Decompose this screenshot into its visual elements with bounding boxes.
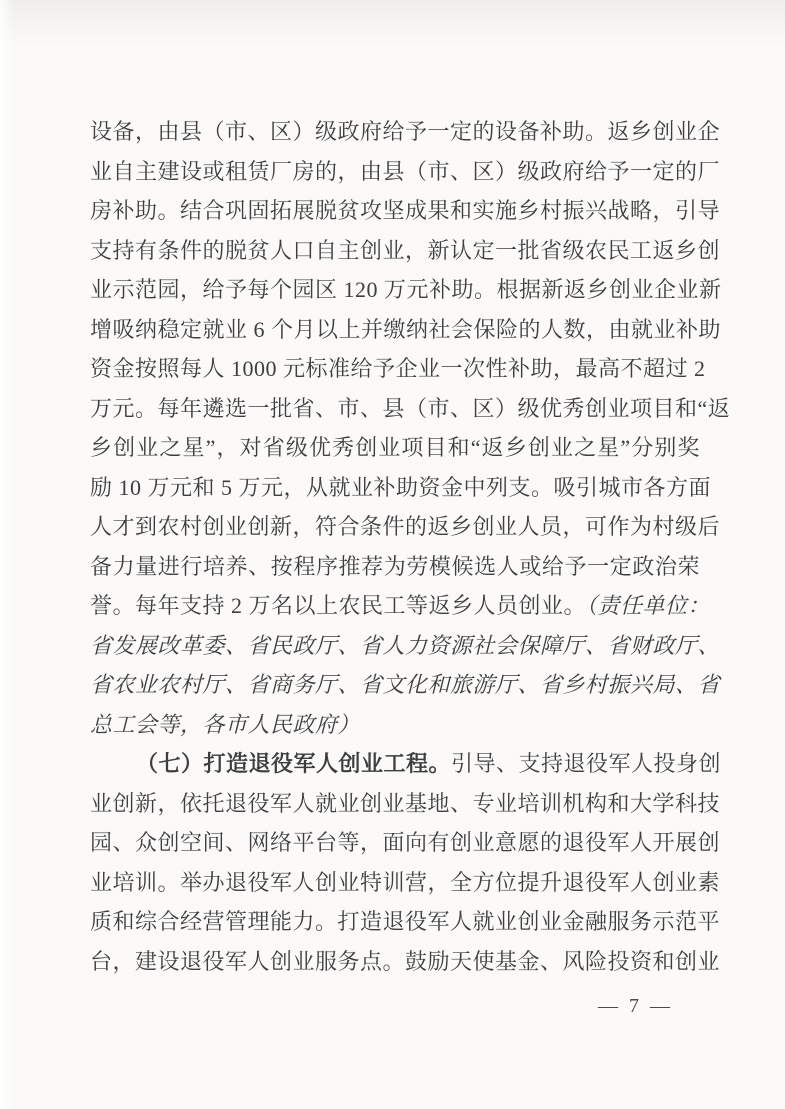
- text-line: 台，建设退役军人创业服务点。鼓励天使基金、风险投资和创业: [90, 942, 700, 982]
- section-heading-text: （七）打造退役军人创业工程。: [136, 751, 451, 776]
- body-text-segment: 设备，由县（市、区）级政府给予一定的设备补助。返乡创业企: [90, 119, 720, 144]
- text-line: 设备，由县（市、区）级政府给予一定的设备补助。返乡创业企: [90, 112, 700, 152]
- scan-artifact-top: [0, 0, 785, 46]
- responsibility-unit-label: （责任单位：: [586, 593, 710, 618]
- text-line: 业自主建设或租赁厂房的，由县（市、区）级政府给予一定的厂: [90, 152, 700, 192]
- page-number: — 7 —: [598, 994, 673, 1018]
- body-text-segment: 乡创业之星”，对省级优秀创业项目和“返乡创业之星”分别奖: [90, 435, 700, 460]
- text-line: （七）打造退役军人创业工程。引导、支持退役军人投身创: [90, 744, 700, 784]
- body-text-segment: 房补助。结合巩固拓展脱贫攻坚成果和实施乡村振兴战略，引导: [90, 198, 720, 223]
- document-body: 设备，由县（市、区）级政府给予一定的设备补助。返乡创业企 业自主建设或租赁厂房的…: [90, 112, 700, 981]
- body-text-segment: 业创新，依托退役军人就业创业基地、专业培训机构和大学科技: [90, 791, 720, 816]
- text-line: 总工会等，各市人民政府）: [90, 705, 700, 745]
- text-line: 誉。每年支持 2 万名以上农民工等返乡人员创业。（责任单位：: [90, 586, 700, 626]
- body-text-segment: 业培训。举办退役军人创业特训营，全方位提升退役军人创业素: [90, 870, 720, 895]
- scan-artifact-left: [0, 0, 14, 1109]
- text-line: 园、众创空间、网络平台等，面向有创业意愿的退役军人开展创: [90, 823, 700, 863]
- text-line: 业示范园，给予每个园区 120 万元补助。根据新返乡创业企业新: [90, 270, 700, 310]
- responsibility-unit-text: 总工会等，各市人民政府）: [90, 712, 360, 737]
- text-line: 万元。每年遴选一批省、市、县（市、区）级优秀创业项目和“返: [90, 389, 700, 429]
- text-line: 资金按照每人 1000 元标准给予企业一次性补助，最高不超过 2: [90, 349, 700, 389]
- body-text-segment: 支持有条件的脱贫人口自主创业，新认定一批省级农民工返乡创: [90, 238, 720, 263]
- body-text-segment: 誉。每年支持 2 万名以上农民工等返乡人员创业。: [90, 593, 586, 618]
- body-text-segment: 资金按照每人 1000 元标准给予企业一次性补助，最高不超过 2: [90, 356, 706, 381]
- body-text-segment: 业自主建设或租赁厂房的，由县（市、区）级政府给予一定的厂: [90, 159, 720, 184]
- text-line: 业培训。举办退役军人创业特训营，全方位提升退役军人创业素: [90, 863, 700, 903]
- responsibility-unit-text: 省发展改革委、省民政厅、省人力资源社会保障厅、省财政厅、: [90, 633, 720, 658]
- text-line: 增吸纳稳定就业 6 个月以上并缴纳社会保险的人数，由就业补助: [90, 310, 700, 350]
- body-text-segment: 园、众创空间、网络平台等，面向有创业意愿的退役军人开展创: [90, 830, 720, 855]
- text-line: 人才到农村创业创新，符合条件的返乡创业人员，可作为村级后: [90, 507, 700, 547]
- text-line: 支持有条件的脱贫人口自主创业，新认定一批省级农民工返乡创: [90, 231, 700, 271]
- body-text-segment: 业示范园，给予每个园区 120 万元补助。根据新返乡创业企业新: [90, 277, 722, 302]
- text-line: 房补助。结合巩固拓展脱贫攻坚成果和实施乡村振兴战略，引导: [90, 191, 700, 231]
- responsibility-unit-text: 省农业农村厅、省商务厅、省文化和旅游厅、省乡村振兴局、省: [90, 672, 720, 697]
- body-text-segment: 万元。每年遴选一批省、市、县（市、区）级优秀创业项目和“返: [90, 396, 730, 421]
- body-text-segment: 人才到农村创业创新，符合条件的返乡创业人员，可作为村级后: [90, 514, 720, 539]
- text-line: 质和综合经营管理能力。打造退役军人就业创业金融服务示范平: [90, 902, 700, 942]
- body-text-segment: 质和综合经营管理能力。打造退役军人就业创业金融服务示范平: [90, 909, 720, 934]
- body-text-segment: 励 10 万元和 5 万元，从就业补助资金中列支。吸引城市各方面: [90, 475, 711, 500]
- body-text-segment: 备力量进行培养、按程序推荐为劳模候选人或给予一定政治荣: [90, 554, 700, 579]
- text-line: 省发展改革委、省民政厅、省人力资源社会保障厅、省财政厅、: [90, 626, 700, 666]
- scanned-document-page: { "colors": { "paper": "#fbfaf8", "ink":…: [0, 0, 785, 1109]
- body-text-segment: 台，建设退役军人创业服务点。鼓励天使基金、风险投资和创业: [90, 949, 720, 974]
- body-text-segment: 增吸纳稳定就业 6 个月以上并缴纳社会保险的人数，由就业补助: [90, 317, 721, 342]
- body-text-segment: 引导、支持退役军人投身创: [451, 751, 721, 776]
- text-line: 备力量进行培养、按程序推荐为劳模候选人或给予一定政治荣: [90, 547, 700, 587]
- text-line: 乡创业之星”，对省级优秀创业项目和“返乡创业之星”分别奖: [90, 428, 700, 468]
- text-line: 励 10 万元和 5 万元，从就业补助资金中列支。吸引城市各方面: [90, 468, 700, 508]
- text-line: 业创新，依托退役军人就业创业基地、专业培训机构和大学科技: [90, 784, 700, 824]
- text-line: 省农业农村厅、省商务厅、省文化和旅游厅、省乡村振兴局、省: [90, 665, 700, 705]
